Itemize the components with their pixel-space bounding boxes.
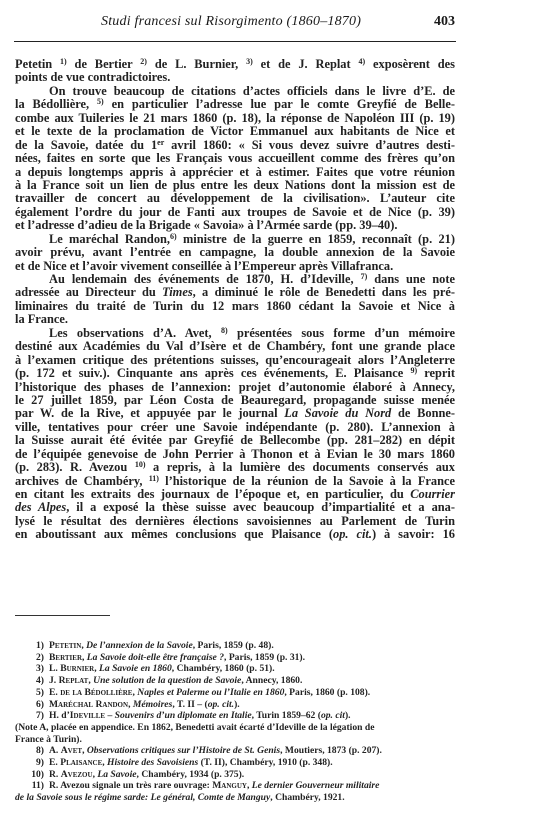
text-line: nées, faites en sorte que les Français v…: [15, 152, 455, 165]
author-name: Burnier: [60, 663, 94, 674]
footnote: 8)A. Avet, Observations critiques sur l’…: [15, 745, 460, 757]
text-run: le 27 juillet 1859, par Léon Costa de Be…: [15, 393, 455, 407]
text-run: dans une note: [367, 272, 455, 286]
text-line: (p. 172 et suiv.). Cinquante ans après c…: [15, 367, 455, 380]
text-run: R. Avezou signale un très rare ouvrage:: [49, 780, 212, 791]
text-run: R.: [49, 769, 61, 780]
author-name: Avezou: [61, 769, 93, 780]
italic-text: Mémoires: [133, 699, 172, 710]
text-line: l’historique des phases de l’annexion: p…: [15, 381, 455, 394]
text-run: avril 1860: « Si vous devez suivre d’aut…: [164, 138, 455, 152]
italic-text: op. cit.: [208, 699, 234, 710]
italic-text: Observations critiques sur l’Histoire de…: [87, 745, 280, 756]
footnote: 1)Petetin, De l’annexion de la Savoie, P…: [15, 640, 460, 652]
footnote-number: 5): [15, 687, 49, 699]
footnote-number: 6): [15, 699, 49, 711]
italic-text: La Savoie du Nord: [284, 406, 391, 420]
text-run: , Turin 1859–62 (: [252, 710, 321, 721]
text-line: (p. 283). R. Avezou 10) a repris, à la l…: [15, 461, 455, 474]
text-line: de l’équipée genevoise de John Perrier à…: [15, 448, 455, 461]
italic-text: op. cit.: [333, 527, 372, 541]
text-run: également l’ordre du jour de Fanti aux t…: [15, 205, 455, 219]
text-run: adressée au Directeur du: [15, 285, 162, 299]
footnote: 10)R. Avezou, La Savoie, Chambéry, 1934 …: [15, 769, 460, 781]
text-run: et le texte de la proclamation de Victor…: [15, 124, 455, 138]
footnote-ref: 1): [60, 57, 67, 66]
header-rule: [14, 41, 456, 42]
footnote-ref: 5): [97, 97, 104, 106]
text-run: liminaires du traité de Turin du 12 mars…: [15, 299, 455, 313]
text-line: travailler de concert au développement d…: [15, 192, 455, 205]
text-run: L.: [49, 663, 60, 674]
text-run: par W. de la Rive, et appuyée par le jou…: [15, 406, 284, 420]
text-run: On trouve beaucoup de citations d’actes …: [49, 84, 455, 98]
italic-text: La Savoie: [97, 769, 136, 780]
footnote-number: 8): [15, 745, 49, 757]
text-run: a depuis longtemps appris à apprécier et…: [15, 165, 455, 179]
text-line: liminaires du traité de Turin du 12 mars…: [15, 300, 455, 313]
text-run: de Bonne-: [391, 406, 455, 420]
italic-text: La Savoie en 1860: [99, 663, 172, 674]
text-line: également l’ordre du jour de Fanti aux t…: [15, 206, 455, 219]
text-run: l’historique de la réunion de la Savoie …: [159, 474, 455, 488]
text-line: a depuis longtemps appris à apprécier et…: [15, 166, 455, 179]
text-run: J.: [49, 675, 59, 686]
text-run: et de J. Replat: [253, 57, 359, 71]
text-line: lysé le résultat des dernières élections…: [15, 515, 455, 528]
text-run: E.: [49, 757, 60, 768]
italic-text: Le dernier Gouverneur militaire: [252, 780, 380, 791]
text-run: Les observations d’A. Avet,: [49, 326, 221, 340]
text-run: à l’examen critique des prétentions suis…: [15, 353, 455, 367]
page-header: Studi francesi sul Risorgimento (1860–18…: [15, 14, 455, 34]
footnote-ref: 8): [221, 326, 228, 335]
italic-text: Naples et Palerme ou l’Italie en 1860: [137, 687, 284, 698]
text-run: (T. II), Chambéry, 1910 (p. 348).: [198, 757, 332, 768]
text-line: en aboutissant aux mêmes conclusions que…: [15, 528, 455, 541]
text-run: combe aux Tuileries le 21 mars 1860 (p. …: [15, 111, 455, 125]
text-run: exposèrent des: [365, 57, 455, 71]
text-run: ).: [345, 710, 351, 721]
footnote: 2)Bertier, La Savoie doit-elle être fran…: [15, 652, 460, 664]
text-run: à la France soit un lien de plus entre l…: [15, 178, 455, 192]
footnote-number: 2): [15, 652, 49, 664]
text-line: archives de Chambéry, 11) l’historique d…: [15, 475, 455, 488]
footnote: 7)H. d’Ideville – Souvenirs d’un diploma…: [15, 710, 460, 722]
text-line: à la France soit un lien de plus entre l…: [15, 179, 455, 192]
page-number: 403: [434, 14, 455, 30]
text-run: de Bertier: [67, 57, 141, 71]
text-run: (p. 283). R. Avezou: [15, 460, 135, 474]
text-run: –: [105, 710, 115, 721]
text-run: de la Savoie, datée du 1: [15, 138, 157, 152]
text-run: en citant les extraits des journaux de l…: [15, 487, 410, 501]
text-line: des Alpes, il a exposé la thèse suisse a…: [15, 501, 455, 514]
text-run: lysé le résultat des dernières élections…: [15, 514, 455, 528]
text-line: la Suisse aurait été évitée par Greyfié …: [15, 434, 455, 447]
text-line: de la Savoie, datée du 1er avril 1860: «…: [15, 139, 455, 152]
footnote-ref: 2): [140, 57, 147, 66]
italic-text: Times: [162, 285, 193, 299]
text-run: , Paris, 1860 (p. 108).: [284, 687, 370, 698]
footnote: (Note A, placée en appendice. En 1862, B…: [15, 722, 460, 734]
text-run: , T. II – (: [172, 699, 207, 710]
footnote-number: 4): [15, 675, 49, 687]
text-run: et l’adresse d’adieu de la Brigade « Sav…: [15, 218, 397, 232]
text-line: par W. de la Rive, et appuyée par le jou…: [15, 407, 455, 420]
text-line: en citant les extraits des journaux de l…: [15, 488, 455, 501]
author-name: Bertier: [49, 652, 82, 663]
text-run: , Chambéry, 1860 (p. 51).: [172, 663, 275, 674]
text-run: Petetin: [15, 57, 60, 71]
author-name: Manguy: [212, 780, 247, 791]
author-name: Petetin: [49, 640, 81, 651]
footnote: 4)J. Replat, Une solution de la question…: [15, 675, 460, 687]
text-run: présentées sous forme d’un mémoire: [228, 326, 455, 340]
text-line: adressée au Directeur du Times, a diminu…: [15, 286, 455, 299]
author-name: Avet: [61, 745, 82, 756]
text-line: Le maréchal Randon,6) ministre de la gue…: [15, 233, 455, 246]
footnote-number: 7): [15, 710, 49, 722]
footnote-ref: 3): [246, 57, 253, 66]
text-run: , Chambéry, 1921.: [270, 792, 344, 803]
text-run: la Bédollière,: [15, 97, 97, 111]
text-run: ville, tentatives pour créer une Savoie …: [15, 420, 455, 434]
text-line: et le texte de la proclamation de Victor…: [15, 125, 455, 138]
text-run: , il a exposé la thèse suisse avec beauc…: [66, 500, 455, 514]
running-title: Studi francesi sul Risorgimento (1860–18…: [101, 14, 361, 30]
text-run: ) à savoir: 16: [372, 527, 455, 541]
author-name: Plaisance: [60, 757, 102, 768]
body-text: Petetin 1) de Bertier 2) de L. Burnier, …: [15, 58, 455, 542]
text-line: Au lendemain des événements de 1870, H. …: [15, 273, 455, 286]
text-line: et de Nice et l’avoir vivement conseillé…: [15, 260, 455, 273]
text-line: la Bédollière, 5) en particulier l’adres…: [15, 98, 455, 111]
text-line: points de vue contradictoires.: [15, 71, 455, 84]
text-run: Au lendemain des événements de 1870, H. …: [49, 272, 361, 286]
italic-text: La Savoie doit-elle être française ?: [87, 652, 224, 663]
text-run: avoir prévu, avant l’entrée en campagne,…: [15, 245, 455, 259]
italic-text: Histoire des Savoisiens: [107, 757, 198, 768]
text-line: la France.: [15, 313, 455, 326]
text-run: et de Nice et l’avoir vivement conseillé…: [15, 259, 393, 273]
footnote: 6)Maréchal Randon, Mémoires, T. II – (op…: [15, 699, 460, 711]
footnote-number: 11): [15, 780, 49, 792]
italic-text: des Alpes: [15, 500, 66, 514]
text-run: (Note A, placée en appendice. En 1862, B…: [15, 722, 374, 733]
footnote: 3)L. Burnier, La Savoie en 1860, Chambér…: [15, 663, 460, 675]
text-line: et l’adresse d’adieu de la Brigade « Sav…: [15, 219, 455, 232]
text-run: de l’équipée genevoise de John Perrier à…: [15, 447, 455, 461]
text-line: à l’examen critique des prétentions suis…: [15, 354, 455, 367]
text-line: On trouve beaucoup de citations d’actes …: [15, 85, 455, 98]
text-line: le 27 juillet 1859, par Léon Costa de Be…: [15, 394, 455, 407]
text-run: l’historique des phases de l’annexion: p…: [15, 380, 455, 394]
footnote: de la Savoie sous le régime sarde: Le gé…: [15, 792, 460, 804]
text-run: , a diminué le rôle de Benedetti dans le…: [193, 285, 455, 299]
text-run: Le maréchal Randon,: [49, 232, 170, 246]
footnote-number: 1): [15, 640, 49, 652]
text-run: A.: [49, 745, 61, 756]
text-run: France à Turin).: [15, 734, 82, 745]
text-run: , Annecy, 1860.: [241, 675, 302, 686]
text-run: nées, faites en sorte que les Français v…: [15, 151, 455, 165]
text-line: ville, tentatives pour créer une Savoie …: [15, 421, 455, 434]
footnote-number: 10): [15, 769, 49, 781]
text-run: de L. Burnier,: [147, 57, 246, 71]
text-run: la Suisse aurait été évitée par Greyfié …: [15, 433, 455, 447]
text-run: E.: [49, 687, 60, 698]
footnotes: 1)Petetin, De l’annexion de la Savoie, P…: [15, 640, 460, 804]
footnote-ref: 10): [135, 460, 146, 469]
text-run: la France.: [15, 312, 68, 326]
footnote-rule: [15, 615, 110, 616]
text-run: ).: [234, 699, 240, 710]
text-run: archives de Chambéry,: [15, 474, 149, 488]
text-run: a repris, à la lumière des documents con…: [146, 460, 455, 474]
text-run: en particulier l’adresse lue par le comt…: [104, 97, 455, 111]
footnote: 5)E. de la Bédollière, Naples et Palerme…: [15, 687, 460, 699]
italic-text: De l’annexion de la Savoie: [86, 640, 193, 651]
text-line: Les observations d’A. Avet, 8) présentée…: [15, 327, 455, 340]
italic-text: Courrier: [410, 487, 455, 501]
text-run: points de vue contradictoires.: [15, 70, 170, 84]
author-name: de la Bédollière: [60, 687, 132, 698]
text-line: avoir prévu, avant l’entrée en campagne,…: [15, 246, 455, 259]
text-run: (p. 172 et suiv.). Cinquante ans après c…: [15, 366, 410, 380]
footnote: 11)R. Avezou signale un très rare ouvrag…: [15, 780, 460, 792]
text-run: , Chambéry, 1934 (p. 375).: [137, 769, 245, 780]
text-line: destiné aux Académies du Val d’Isère et …: [15, 340, 455, 353]
footnote: France à Turin).: [15, 734, 460, 746]
italic-text: de la Savoie sous le régime sarde: Le gé…: [15, 792, 270, 803]
italic-text: op. cit: [321, 710, 345, 721]
footnote-ref: 11): [149, 474, 159, 483]
text-run: en aboutissant aux mêmes conclusions que…: [15, 527, 333, 541]
text-line: combe aux Tuileries le 21 mars 1860 (p. …: [15, 112, 455, 125]
text-line: Petetin 1) de Bertier 2) de L. Burnier, …: [15, 58, 455, 71]
text-run: reprit: [417, 366, 455, 380]
footnote-number: 9): [15, 757, 49, 769]
italic-text: Souvenirs d’un diplomate en Italie: [115, 710, 252, 721]
document-page: Studi francesi sul Risorgimento (1860–18…: [0, 0, 550, 831]
author-name: Ideville: [70, 710, 105, 721]
text-run: ministre de la guerre en 1859, reconnaît…: [177, 232, 455, 246]
text-run: H. d’: [49, 710, 70, 721]
italic-text: Une solution de la question de Savoie: [93, 675, 241, 686]
text-run: , Paris, 1859 (p. 48).: [193, 640, 274, 651]
footnote-ref: 6): [170, 232, 177, 241]
text-run: travailler de concert au développement d…: [15, 191, 455, 205]
footnote-number: 3): [15, 663, 49, 675]
footnote: 9)E. Plaisance, Histoire des Savoisiens …: [15, 757, 460, 769]
text-run: destiné aux Académies du Val d’Isère et …: [15, 339, 455, 353]
author-name: Maréchal Randon: [49, 699, 128, 710]
text-run: , Moutiers, 1873 (p. 207).: [280, 745, 382, 756]
text-run: , Paris, 1859 (p. 31).: [224, 652, 305, 663]
author-name: Replat: [59, 675, 89, 686]
